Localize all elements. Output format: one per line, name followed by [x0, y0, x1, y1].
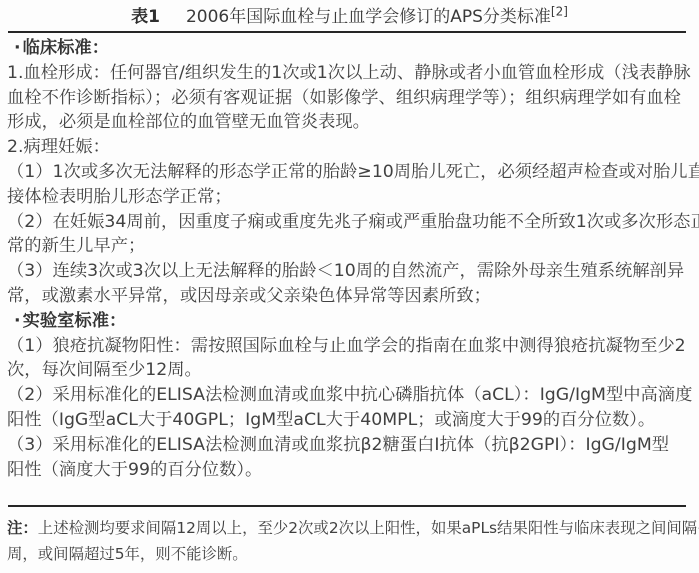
body-line: （3）采用标准化的ELISA法检测血清或血浆抗β2糖蛋白Ⅰ抗体（抗β2GPⅠ）：… — [7, 433, 693, 458]
section-heading-clinical: ·临床标准： — [7, 36, 693, 61]
bottom-rule — [8, 505, 686, 507]
body-line: 常的新生儿早产； — [7, 234, 693, 259]
table-body: ·临床标准： 1.血栓形成：任何器官/组织发生的1次或1次以上动、静脉或者小血管… — [7, 36, 693, 482]
table-number: 表1 — [131, 7, 160, 27]
bullet-icon: · — [14, 38, 21, 58]
aps-criteria-table: 表12006年国际血栓与止血学会修订的APS分类标准[2] ·临床标准： 1.血… — [0, 0, 699, 573]
body-line: 2.病理妊娠： — [7, 135, 693, 160]
table-footnote: 注：上述检测均要求间隔12周以上，至少2次或2次以上阳性，如果aPLs结果阳性与… — [7, 515, 693, 567]
body-line: （3）连续3次或3次以上无法解释的胎龄＜10周的自然流产，需除外母亲生殖系统解剖… — [7, 259, 693, 284]
bullet-icon: · — [14, 311, 21, 331]
footnote-label: 注： — [7, 519, 38, 537]
section-heading-laboratory-label: 实验室标准： — [23, 311, 127, 331]
body-line: （2）在妊娠34周前，因重度子痫或重度先兆子痫或严重胎盘功能不全所致1次或多次形… — [7, 210, 693, 235]
footnote-line: 注：上述检测均要求间隔12周以上，至少2次或2次以上阳性，如果aPLs结果阳性与… — [7, 515, 693, 541]
body-line: 阳性（IgG型aCL大于40GPL；IgM型aCL大于40MPL；或滴度大于99… — [7, 408, 693, 433]
footnote-text: 上述检测均要求间隔12周以上，至少2次或2次以上阳性，如果aPLs结果阳性与临床… — [38, 519, 699, 537]
body-line: （1）狼疮抗凝物阳性：需按照国际血栓与止血学会的指南在血浆中测得狼疮抗凝物至少2 — [7, 334, 693, 359]
body-line: 1.血栓形成：任何器官/组织发生的1次或1次以上动、静脉或者小血管血栓形成（浅表… — [7, 61, 693, 86]
body-line: 常，或激素水平异常，或因母亲或父亲染色体异常等因素所致； — [7, 284, 693, 309]
table-title-text: 2006年国际血栓与止血学会修订的APS分类标准 — [186, 7, 551, 27]
section-heading-clinical-label: 临床标准： — [23, 38, 109, 58]
body-line: 次，每次间隔至少12周。 — [7, 358, 693, 383]
section-heading-laboratory: ·实验室标准： — [7, 309, 693, 334]
body-line: 形成，必须是血栓部位的血管壁无血管炎表现。 — [7, 110, 693, 135]
body-line: 接体检表明胎儿形态学正常； — [7, 185, 693, 210]
body-line: 血栓不作诊断指标）；必须有客观证据（如影像学、组织病理学等）；组织病理学如有血栓 — [7, 86, 693, 111]
body-line: （1）1次或多次无法解释的形态学正常的胎龄≥10周胎儿死亡，必须经超声检查或对胎… — [7, 160, 693, 185]
footnote-line: 周，或间隔超过5年，则不能诊断。 — [7, 541, 693, 567]
body-line: （2）采用标准化的ELISA法检测血清或血浆中抗心磷脂抗体（aCL）：IgG/I… — [7, 383, 693, 408]
body-line: 阳性（滴度大于99的百分位数）。 — [7, 458, 693, 483]
table-title-citation: [2] — [551, 4, 568, 18]
top-rule — [8, 31, 686, 33]
table-title: 表12006年国际血栓与止血学会修订的APS分类标准[2] — [0, 4, 699, 30]
